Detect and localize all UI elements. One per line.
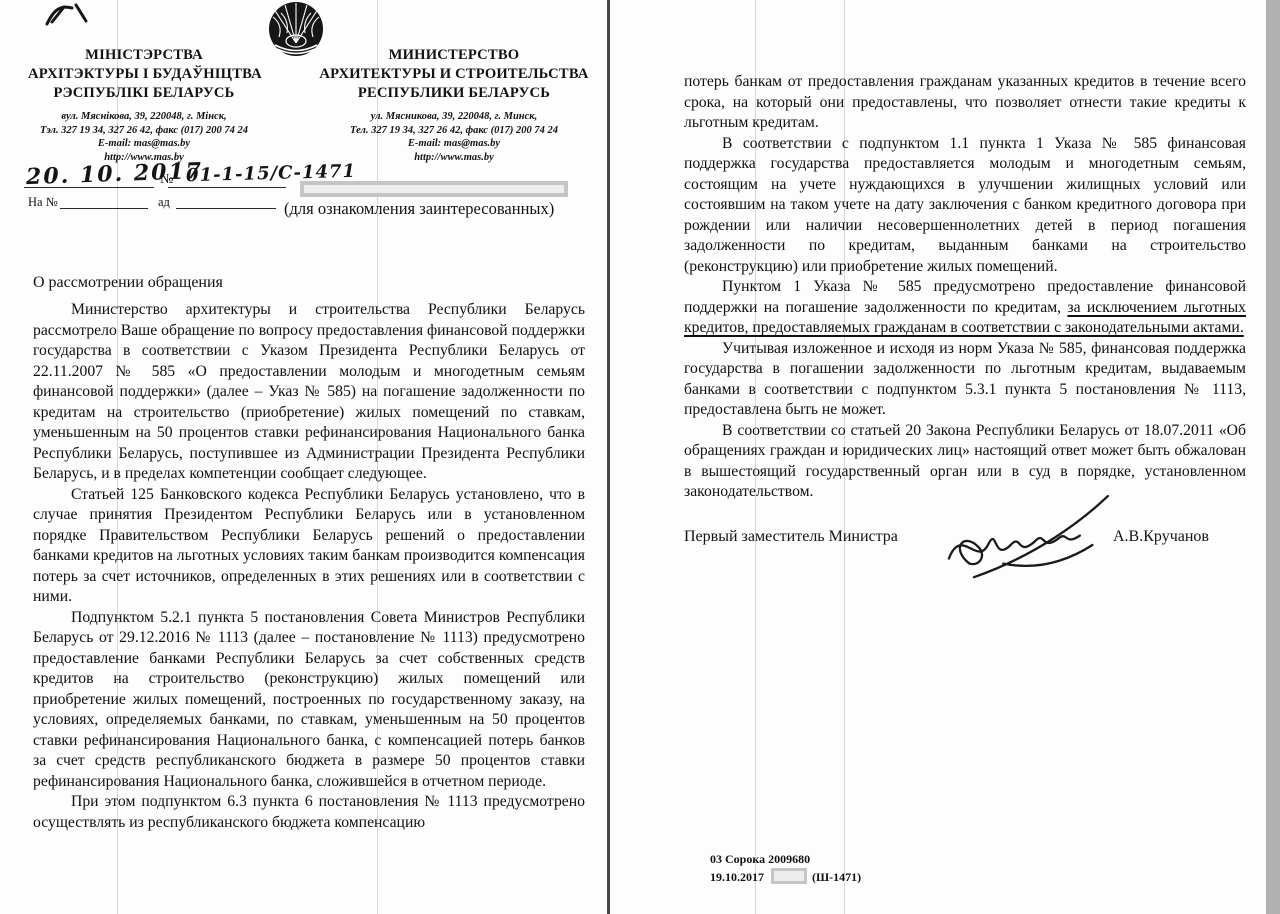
handwritten-date: 20. 10. 2017: [26, 158, 204, 190]
scan-edge-band: [1266, 0, 1280, 914]
footer-block: 03 Сорока 2009680 19.10.2017(Ш-1471): [710, 851, 861, 886]
subject-line: О рассмотрении обращения: [33, 274, 223, 292]
org-address-line: вул. Мяснікова, 39, 220048, г. Мінск,: [28, 110, 260, 124]
text-segment: Подпунктом 5.2.1 пункта 5 постановления …: [33, 609, 585, 790]
org-title-line: АРХИТЕКТУРЫ И СТРОИТЕЛЬСТВА: [318, 65, 590, 84]
org-address-ru: ул. Мясникова, 39, 220048, г. Минск,Тел.…: [318, 110, 590, 164]
org-title-line: РЕСПУБЛИКИ БЕЛАРУСЬ: [318, 84, 590, 103]
org-address-line: ул. Мясникова, 39, 220048, г. Минск,: [318, 110, 590, 124]
signer-position: Первый заместитель Министра: [684, 528, 898, 546]
paragraph: Подпунктом 5.2.1 пункта 5 постановления …: [33, 608, 585, 793]
paragraph: Пунктом 1 Указа № 585 предусмотрено пред…: [684, 277, 1246, 339]
org-address-line: http://www.mas.by: [318, 151, 590, 165]
scanned-letter: МІНІСТЭРСТВААРХІТЭКТУРЫ І БУДАЎНІЦТВАРЭС…: [0, 0, 1280, 914]
footer-date: 19.10.2017: [710, 870, 764, 884]
distribution-note: (для ознакомления заинтересованных): [284, 199, 554, 219]
org-title-ru: МИНИСТЕРСТВОАРХИТЕКТУРЫ И СТРОИТЕЛЬСТВАР…: [318, 46, 590, 103]
org-title-line: МІНІСТЭРСТВА: [28, 46, 260, 65]
paragraph: При этом подпунктом 6.3 пункта 6 постано…: [33, 792, 585, 833]
org-address-line: E-mail: mas@mas.by: [28, 137, 260, 151]
page-divider: [607, 0, 610, 914]
paragraph: потерь банкам от предоставления граждана…: [684, 72, 1246, 134]
signer-name: А.В.Кручанов: [1113, 528, 1209, 546]
org-title-line: МИНИСТЕРСТВО: [318, 46, 590, 65]
org-address-line: Тел. 327 19 34, 327 26 42, факс (017) 20…: [318, 124, 590, 138]
blank-line: [176, 208, 276, 209]
org-title-line: РЭСПУБЛІКІ БЕЛАРУСЬ: [28, 84, 260, 103]
text-segment: Министерство архитектуры и строительства…: [33, 301, 585, 482]
org-address-line: E-mail: mas@mas.by: [318, 137, 590, 151]
org-title-line: АРХІТЭКТУРЫ І БУДАЎНІЦТВА: [28, 65, 260, 84]
text-segment: В соответствии с подпунктом 1.1 пункта 1…: [684, 135, 1246, 275]
paragraph: Статьей 125 Банковского кодекса Республи…: [33, 485, 585, 608]
redaction-box: [300, 181, 568, 197]
text-segment: Учитывая изложенное и исходя из норм Ука…: [684, 340, 1246, 419]
blank-line: [24, 187, 154, 188]
blank-line: [168, 187, 286, 188]
footer-ref: (Ш-1471): [812, 870, 861, 884]
incoming-date-label: ад: [158, 195, 170, 210]
text-segment: потерь банкам от предоставления граждана…: [684, 73, 1246, 131]
text-segment: В соответствии со статьей 20 Закона Респ…: [684, 422, 1246, 501]
paragraph: Учитывая изложенное и исходя из норм Ука…: [684, 339, 1246, 421]
incoming-number-label: На №: [28, 195, 58, 210]
number-sign-label: №: [160, 172, 173, 188]
redaction-box-small: [771, 868, 807, 884]
footer-reference-line: 19.10.2017(Ш-1471): [710, 868, 861, 886]
org-title-by: МІНІСТЭРСТВААРХІТЭКТУРЫ І БУДАЎНІЦТВАРЭС…: [28, 46, 260, 103]
signature-icon: [940, 489, 1129, 589]
paragraph: В соответствии со статьей 20 Закона Респ…: [684, 421, 1246, 503]
paragraph: В соответствии с подпунктом 1.1 пункта 1…: [684, 134, 1246, 278]
org-block-belarusian: МІНІСТЭРСТВААРХІТЭКТУРЫ І БУДАЎНІЦТВАРЭС…: [28, 46, 260, 164]
org-address-line: Тэл. 327 19 34, 327 26 42, факс (017) 20…: [28, 124, 260, 138]
ink-smudge: [44, 2, 90, 28]
paragraph: Министерство архитектуры и строительства…: [33, 300, 585, 485]
org-address-by: вул. Мяснікова, 39, 220048, г. Мінск,Тэл…: [28, 110, 260, 164]
org-block-russian: МИНИСТЕРСТВОАРХИТЕКТУРЫ И СТРОИТЕЛЬСТВАР…: [318, 46, 590, 164]
page1-body: Министерство архитектуры и строительства…: [33, 300, 585, 833]
page2-body: потерь банкам от предоставления граждана…: [684, 72, 1246, 503]
blank-line: [60, 208, 148, 209]
text-segment: Статьей 125 Банковского кодекса Республи…: [33, 486, 585, 606]
text-segment: При этом подпунктом 6.3 пункта 6 постано…: [33, 793, 585, 831]
executor-line: 03 Сорока 2009680: [710, 851, 861, 868]
